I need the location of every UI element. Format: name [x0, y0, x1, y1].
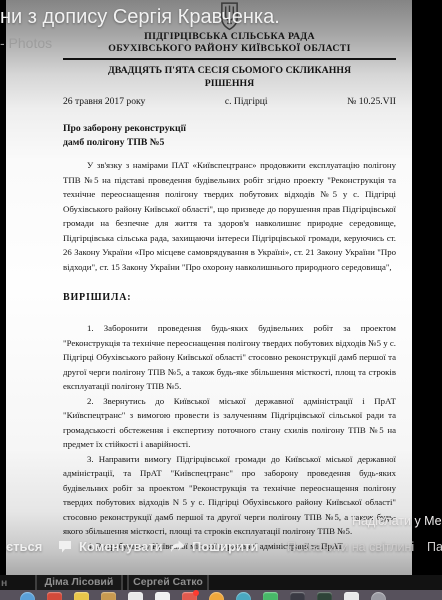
document-type: РІШЕННЯ [63, 77, 396, 90]
photo-action-bar: ється Коментувати Поширити Позначити на … [0, 538, 442, 556]
dock-notification-badge [193, 590, 199, 596]
dock-icon-safari[interactable] [20, 592, 35, 600]
subject-line2: дамб полігону ТПВ №5 [63, 136, 396, 150]
share-button[interactable]: Поширити [170, 539, 258, 554]
decision-item-1: 1. Заборонити проведення будь-яких будів… [63, 321, 396, 394]
chat-tab-fragment: н [1, 577, 7, 589]
dock-icon-red-app[interactable] [47, 592, 62, 600]
decision-items: 1. Заборонити проведення будь-яких будів… [63, 321, 396, 553]
comment-bubble-icon [58, 540, 72, 553]
dock-icon-folder-tan[interactable] [101, 592, 116, 600]
dock-icon-gray-circle[interactable] [371, 592, 386, 600]
dock-icon-white-pen[interactable] [344, 592, 359, 600]
header-divider [63, 58, 396, 60]
council-decision-document: ПІДГІРЦІВСЬКА СІЛЬСЬКА РАДА ОБУХІВСЬКОГО… [6, 0, 412, 553]
chat-tab-sergey-satko[interactable]: Сергей Сатко [127, 575, 209, 590]
subject-line1: Про заборону реконструкції [63, 122, 396, 136]
document-place: с. Підгірці [225, 95, 268, 109]
session-line: ДВАДЦЯТЬ П'ЯТА СЕСІЯ СЬОМОГО СКЛИКАННЯ [63, 64, 396, 77]
comment-button-label: Коментувати [79, 539, 163, 554]
like-button-partial[interactable]: ється [6, 539, 42, 554]
photo-viewer-subtitle: - Photos [0, 35, 52, 51]
date-place-number-row: 26 травня 2017 року с. Підгірці № 10.25.… [63, 95, 396, 109]
dock-icon-orange-app[interactable] [209, 592, 224, 600]
dock-icon-dark-app[interactable] [290, 592, 305, 600]
screen: { "viewer": { "title_overlay": "ни з доп… [0, 0, 442, 600]
chat-tab-dima-lisovyi[interactable]: Діма Лісовий [35, 575, 123, 590]
dock-icon-mail-badge[interactable] [182, 592, 197, 600]
dock-icon-teal-app[interactable] [236, 592, 251, 600]
photo-viewer-title: ни з допису Сергія Кравченка. [0, 6, 280, 29]
tag-photo-button[interactable]: Позначити на світлині [287, 540, 414, 554]
decision-item-3: 3. Направити вимогу Підгірцівської грома… [63, 452, 396, 539]
decision-item-2: 2. Звернутись до Київської міської держа… [63, 394, 396, 452]
dock-icon-white-doc[interactable] [128, 592, 143, 600]
document-preamble: У зв'язку з намірами ПАТ «Київспецтранс»… [63, 158, 396, 274]
options-button-partial[interactable]: Пара [427, 540, 442, 554]
document-number: № 10.25.VII [347, 95, 396, 109]
org-name-line2: ОБУХІВСЬКОГО РАЙОНУ КИЇВСЬКОЇ ОБЛАСТІ [63, 43, 396, 55]
photo-document[interactable]: ПІДГІРЦІВСЬКА СІЛЬСЬКА РАДА ОБУХІВСЬКОГО… [6, 0, 412, 575]
comment-button[interactable]: Коментувати [58, 539, 163, 554]
share-arrow-icon [170, 540, 185, 553]
dock-icon-white-doc-2[interactable] [155, 592, 170, 600]
chat-tab-bar: н Діма Лісовий Сергей Сатко [0, 575, 442, 590]
share-button-label: Поширити [192, 539, 258, 554]
dock-icon-dark-green-app[interactable] [317, 592, 332, 600]
dock-icon-folder-yellow[interactable] [74, 592, 89, 600]
document-date: 26 травня 2017 року [63, 95, 145, 109]
send-in-messenger-button[interactable]: Надіслати у Mes [352, 514, 442, 528]
org-name-line1: ПІДГІРЦІВСЬКА СІЛЬСЬКА РАДА [63, 31, 396, 43]
macos-dock [0, 590, 442, 600]
resolved-label: ВИРІШИЛА: [63, 291, 396, 304]
document-subject: Про заборону реконструкції дамб полігону… [63, 122, 396, 149]
dock-icon-green-app[interactable] [263, 592, 278, 600]
